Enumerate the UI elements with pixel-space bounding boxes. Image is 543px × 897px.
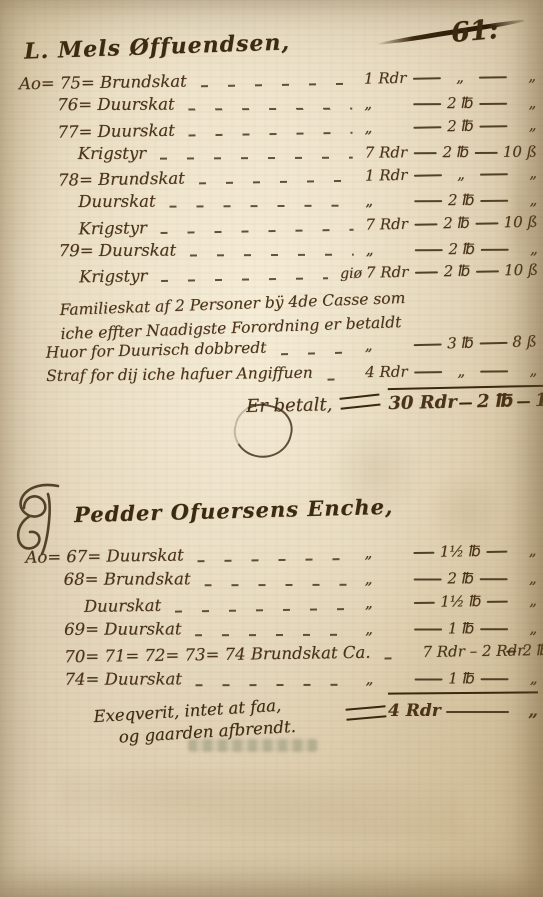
- amount-ort: „: [447, 165, 475, 183]
- row-label: 76= Duurskat: [57, 95, 174, 115]
- amount-ort: „: [446, 68, 474, 86]
- dash-leader: [161, 277, 328, 283]
- section2-total-row: 4 Rdr „: [388, 692, 538, 721]
- amount-dash: [476, 271, 499, 273]
- dash-leader: [205, 583, 353, 587]
- amount-dash: [479, 342, 507, 345]
- amount-ort: 2 ℔: [442, 214, 470, 232]
- amount-rigsdaler: 7 Rdr: [365, 215, 409, 234]
- amount-ort: 1 ℔: [447, 619, 475, 637]
- ledger-row: 74= Duurskat „1 ℔„: [27, 668, 538, 695]
- bleed-through-mark: [60, 768, 460, 838]
- dash-leader: [198, 557, 353, 562]
- amount-dash: [414, 371, 442, 373]
- amount-rigsdaler: „: [364, 117, 408, 136]
- amount-skilling: „: [512, 94, 536, 112]
- amount-ort: „: [447, 362, 475, 380]
- row-label: Straf for dij iche hafuer Angiffuen: [46, 364, 313, 385]
- amount-dash: [479, 125, 507, 127]
- amount-ort: 1½ ℔: [440, 592, 481, 611]
- amount-dash: [479, 76, 507, 78]
- amount-skilling: 10 ß: [504, 261, 538, 280]
- amount-rigsdaler: 4 Rdr: [365, 363, 409, 382]
- amount-ort: 2 ℔: [443, 262, 471, 280]
- amount-skilling: „: [513, 569, 537, 587]
- amount-dash: [446, 711, 509, 713]
- amount-dash: [414, 152, 437, 154]
- amount-skilling: „: [513, 591, 537, 609]
- row-label: Ao= 67= Duurskat: [25, 545, 184, 566]
- ledger-rows-section1: Ao= 75= Brundskat 1 Rdr„„ 76= Duurskat „…: [19, 67, 538, 291]
- row-label: Krigstyr: [79, 267, 148, 287]
- amount-dash: [480, 173, 508, 175]
- amount-dash: [481, 249, 509, 251]
- amount-skilling: 10 ß: [503, 212, 537, 231]
- amount-ort: 1½ ℔: [440, 542, 481, 561]
- amount-skilling: „: [512, 67, 536, 85]
- amount-dash: [486, 601, 507, 603]
- row-label: Ao= 75= Brundskat: [19, 72, 187, 94]
- row-label: Duurskat: [78, 192, 155, 211]
- amount-dash: [415, 249, 443, 251]
- row-label: 78= Brundskat: [58, 169, 185, 190]
- amount-ort: 2 ℔: [446, 94, 474, 112]
- amount-dash: [480, 370, 508, 372]
- dash-leader: [195, 633, 353, 637]
- amount-skilling: „: [513, 191, 537, 209]
- total-amount: 30 Rdr2 ℔14 ß: [388, 384, 543, 414]
- amount-ort: 3 ℔: [446, 334, 474, 353]
- double-equals-mark: [346, 705, 387, 720]
- dash-leader: [385, 656, 411, 659]
- amount-skilling: 8 ß: [512, 332, 537, 351]
- dash-leader: [160, 156, 353, 160]
- amount-dash: [480, 628, 508, 630]
- ledger-rows-section2: Ao= 67= Duurskat „1½ ℔„ 68= Brundskat „2…: [25, 542, 537, 696]
- amount-skilling: „: [514, 701, 538, 721]
- account-heading-1: L. Mels Øffuendsen,: [24, 29, 291, 64]
- amount-dash: [486, 551, 507, 553]
- amount-dash: [414, 602, 435, 604]
- sum-rule: [388, 691, 538, 694]
- amount-rigsdaler: 7 Rdr – 2 Rdr: [422, 642, 501, 661]
- amount-dash: [481, 678, 509, 680]
- dash-leader: [175, 607, 353, 613]
- account-heading-2: Pedder Ofuersens Enche,: [74, 494, 394, 527]
- amount-rigsdaler: „: [365, 593, 409, 612]
- amount-dash: [414, 201, 442, 203]
- row-label: 68= Brundskat: [64, 569, 191, 588]
- amount-dash: [413, 77, 441, 79]
- amount-dash: [414, 343, 442, 346]
- amount-rigsdaler: 30 Rdr: [388, 392, 454, 414]
- faded-stamp: [188, 739, 318, 752]
- amount-dash: [479, 103, 507, 105]
- amount-ort: 2 ℔: [448, 240, 476, 258]
- amount-dash: [413, 103, 441, 105]
- dash-leader: [199, 180, 353, 186]
- amount-rigsdaler: 4 Rdr: [388, 701, 441, 721]
- amount-dash: [517, 401, 530, 403]
- amount-rigsdaler: „: [365, 570, 409, 588]
- amount-skilling: „: [513, 619, 537, 637]
- amount-ort: 2 ℔: [522, 641, 543, 659]
- amount-dash: [414, 174, 442, 176]
- amount-ort: 2 ℔: [447, 191, 475, 209]
- amount-skilling: 14 ß: [535, 389, 543, 411]
- row-label: 74= Duurskat: [65, 669, 182, 688]
- amount-rigsdaler: 7 Rdr: [365, 143, 409, 161]
- amount-dash: [459, 402, 472, 404]
- amount-dash: [480, 578, 508, 580]
- amount-rigsdaler: 1 Rdr: [365, 166, 409, 185]
- amount-rigsdaler: „: [364, 95, 408, 113]
- amount-skilling: 10 ß: [503, 143, 537, 161]
- amount-dash: [414, 223, 437, 225]
- amount-dash: [413, 126, 441, 128]
- row-label: 77= Duurskat: [57, 120, 175, 141]
- section1-total-row: Er betalt, 30 Rdr2 ℔14 ß: [246, 385, 537, 417]
- amount-rigsdaler: 1 Rdr: [364, 69, 408, 88]
- amount-dash: [415, 272, 438, 274]
- row-label: Huor for Duurisch dobbredt: [46, 339, 267, 362]
- dash-leader: [281, 351, 353, 356]
- dash-leader: [190, 253, 354, 257]
- amount-rigsdaler: „: [365, 620, 409, 638]
- amount-skilling: „: [512, 541, 536, 559]
- row-label: Krigstyr: [78, 218, 147, 238]
- amount-dash: [506, 651, 517, 653]
- row-label: 79= Duurskat: [59, 241, 176, 261]
- amount-skilling: „: [512, 115, 536, 133]
- amount-ort: 2 ℔: [447, 569, 475, 587]
- section1-extra-rows: Huor for Duurisch dobbredt „3 ℔8 ß Straf…: [46, 334, 538, 395]
- page-number: 61:: [450, 14, 500, 49]
- dash-leader: [327, 378, 354, 381]
- amount-skilling: „: [514, 240, 538, 258]
- amount-dash: [413, 552, 434, 554]
- double-equals-mark: [340, 394, 381, 410]
- dash-leader: [161, 228, 354, 234]
- amount-ort: 2 ℔: [446, 116, 474, 134]
- amount-rigsdaler: „: [366, 670, 410, 688]
- bleed-through-mark: [430, 470, 500, 550]
- amount-dash: [475, 152, 498, 154]
- dash-leader: [189, 131, 353, 137]
- amount-skilling: „: [513, 361, 537, 379]
- amount-rigsdaler: 7 Rdr: [366, 263, 410, 282]
- dash-leader: [201, 82, 352, 88]
- amount-ort: 2 ℔: [442, 143, 470, 161]
- amount-rigsdaler: „: [365, 192, 409, 210]
- amount-rigsdaler: „: [364, 335, 408, 354]
- amount-dash: [414, 578, 442, 580]
- amount-rigsdaler: „: [364, 543, 408, 562]
- amount-dash: [415, 678, 443, 680]
- manuscript-page: 61: L. Mels Øffuendsen, Ao= 75= Brundska…: [0, 0, 543, 897]
- amount-rigsdaler: „: [366, 240, 410, 258]
- amount-dash: [480, 200, 508, 202]
- dash-leader: [189, 108, 353, 112]
- amount-dash: [476, 222, 499, 224]
- amount-skilling: „: [514, 669, 538, 687]
- row-suffix-word: giø: [340, 266, 362, 282]
- row-label: 69= Duurskat: [64, 619, 181, 638]
- amount-skilling: „: [513, 164, 537, 182]
- amount-ort: 2 ℔: [477, 390, 512, 412]
- row-label: Krigstyr: [78, 144, 146, 163]
- amount-ort: 1 ℔: [448, 669, 476, 687]
- row-label: 70= 71= 72= 73= 74 Brundskat Ca.: [64, 643, 370, 667]
- dash-leader: [170, 205, 354, 209]
- dash-leader: [196, 683, 354, 687]
- amount-dash: [414, 628, 442, 630]
- row-label: Duurskat: [84, 596, 162, 616]
